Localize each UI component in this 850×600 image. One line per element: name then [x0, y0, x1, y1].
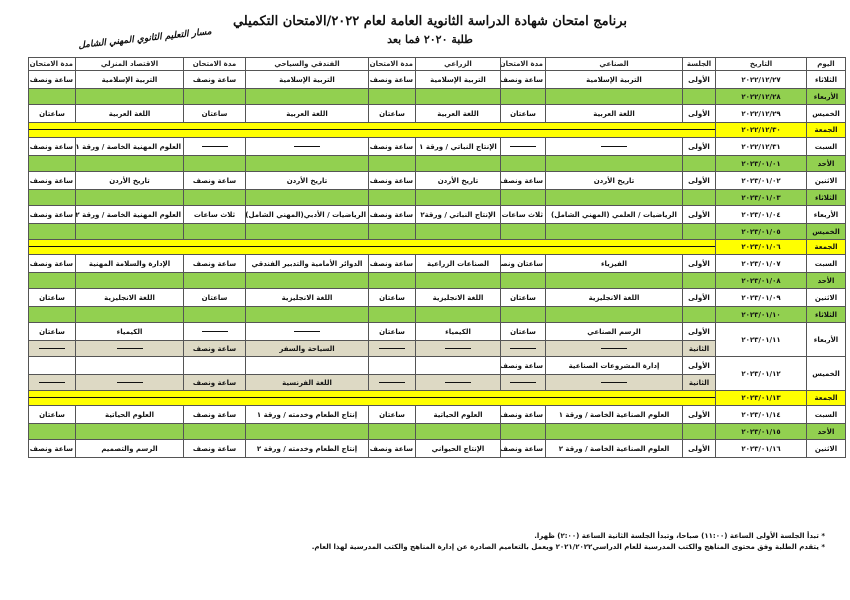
table-row: الجمعة٢٠٢٣/٠١/١٣ — [29, 391, 846, 406]
date-cell: ٢٠٢٢/١٢/٢٨ — [716, 89, 807, 105]
session-cell: الأولى — [683, 71, 716, 89]
table-row: الأربعاء٢٠٢٢/١٢/٢٨ — [29, 89, 846, 105]
d1-cell: ساعتان — [501, 289, 546, 307]
agricultural-cell: الإنتاج الحيواني — [416, 440, 501, 458]
d1-cell: ساعة ونصف — [501, 440, 546, 458]
empty-cell — [184, 89, 246, 105]
d1-cell — [501, 341, 546, 357]
day-cell: السبت — [807, 406, 846, 424]
empty-cell — [184, 307, 246, 323]
d4-cell — [29, 341, 76, 357]
date-cell: ٢٠٢٣/٠١/٠٨ — [716, 273, 807, 289]
table-row: الأحد٢٠٢٣/٠١/١٥ — [29, 424, 846, 440]
hotel-cell: اللغة الفرنسية — [246, 375, 369, 391]
empty-cell — [546, 307, 683, 323]
industrial-cell — [546, 375, 683, 391]
empty-cell — [369, 424, 416, 440]
session-cell: الأولى — [683, 289, 716, 307]
table-row: الأحد٢٠٢٣/٠١/٠١ — [29, 156, 846, 172]
d4-cell — [29, 375, 76, 391]
table-row: الجمعة٢٠٢٢/١٢/٣٠ — [29, 123, 846, 138]
d3-cell — [184, 138, 246, 156]
day-cell: الثلاثاء — [807, 307, 846, 323]
d4-cell: ساعة ونصف — [29, 71, 76, 89]
col-duration-4: مدة الامتحان — [29, 58, 76, 71]
day-cell: الجمعة — [807, 391, 846, 406]
empty-cell — [29, 424, 76, 440]
agricultural-cell — [416, 357, 501, 375]
empty-cell — [246, 424, 369, 440]
home_econ-cell: اللغة العربية — [76, 105, 184, 123]
hotel-cell: التربية الإسلامية — [246, 71, 369, 89]
schedule-body: الثلاثاء٢٠٢٢/١٢/٢٧الأولىالتربية الإسلامي… — [29, 71, 846, 458]
date-cell: ٢٠٢٢/١٢/٣٠ — [716, 123, 807, 138]
industrial-cell: اللغة العربية — [546, 105, 683, 123]
date-cell: ٢٠٢٢/١٢/٢٩ — [716, 105, 807, 123]
agricultural-cell — [416, 375, 501, 391]
industrial-cell: الفيزياء — [546, 255, 683, 273]
d1-cell: ساعة ونصف — [501, 406, 546, 424]
d4-cell: ساعتان — [29, 406, 76, 424]
table-row: الأربعاء٢٠٢٣/٠١/١١الأولىالرسم الصناعيساع… — [29, 323, 846, 341]
agricultural-cell: الكيمياء — [416, 323, 501, 341]
hotel-cell — [246, 357, 369, 375]
empty-cell — [501, 89, 546, 105]
session-cell: الأولى — [683, 406, 716, 424]
empty-cell — [246, 190, 369, 206]
col-session: الجلسة — [683, 58, 716, 71]
empty-cell — [683, 307, 716, 323]
date-cell: ٢٠٢٣/٠١/٠٥ — [716, 224, 807, 240]
strike-line — [29, 129, 715, 130]
empty-cell — [246, 89, 369, 105]
empty-cell — [76, 156, 184, 172]
empty-cell — [29, 224, 76, 240]
empty-cell — [416, 224, 501, 240]
empty-cell — [416, 156, 501, 172]
table-row: السبت٢٠٢٣/٠١/٠٧الأولىالفيزياءساعتان ونصف… — [29, 255, 846, 273]
day-cell: الجمعة — [807, 240, 846, 255]
session-cell: الثانية — [683, 375, 716, 391]
home_econ-cell: التربية الإسلامية — [76, 71, 184, 89]
d4-cell: ساعتان — [29, 323, 76, 341]
home_econ-cell: العلوم المهنية الخاصة / ورقة ١ — [76, 138, 184, 156]
d3-cell: ساعتان — [184, 289, 246, 307]
d2-cell: ساعتان — [369, 406, 416, 424]
empty-cell — [501, 307, 546, 323]
industrial-cell — [546, 341, 683, 357]
empty-cell — [416, 424, 501, 440]
dash-placeholder — [379, 348, 405, 349]
empty-cell — [546, 273, 683, 289]
col-duration-2: مدة الامتحان — [369, 58, 416, 71]
table-row: السبت٢٠٢٢/١٢/٣١الأولىالإنتاج النباتي / و… — [29, 138, 846, 156]
dash-placeholder — [601, 146, 627, 147]
home_econ-cell: العلوم الحياتية — [76, 406, 184, 424]
date-cell: ٢٠٢٣/٠١/١٢ — [716, 357, 807, 391]
strike-line — [29, 397, 715, 398]
session-cell: الأولى — [683, 357, 716, 375]
d2-cell — [369, 375, 416, 391]
table-row: الخميس٢٠٢٣/٠١/١٢الأولىإدارة المشروعات ال… — [29, 357, 846, 375]
date-cell: ٢٠٢٣/٠١/٠٦ — [716, 240, 807, 255]
dash-placeholder — [379, 382, 405, 383]
hotel-cell: اللغة الانجليزية — [246, 289, 369, 307]
empty-cell — [29, 307, 76, 323]
d2-cell: ساعة ونصف — [369, 172, 416, 190]
d1-cell: ساعتان — [501, 323, 546, 341]
empty-cell — [76, 224, 184, 240]
empty-cell — [369, 273, 416, 289]
agricultural-cell — [416, 341, 501, 357]
date-cell: ٢٠٢٣/٠١/١١ — [716, 323, 807, 357]
empty-cell — [369, 156, 416, 172]
empty-cell — [29, 273, 76, 289]
home_econ-cell: اللغة الانجليزية — [76, 289, 184, 307]
day-cell: الاثنين — [807, 289, 846, 307]
d2-cell: ساعتان — [369, 289, 416, 307]
table-row: الثلاثاء٢٠٢٢/١٢/٢٧الأولىالتربية الإسلامي… — [29, 71, 846, 89]
table-row: الاثنين٢٠٢٣/٠١/٠٩الأولىاللغة الانجليزيةس… — [29, 289, 846, 307]
d3-cell: ساعتان — [184, 105, 246, 123]
agricultural-cell: تاريخ الأردن — [416, 172, 501, 190]
empty-cell — [76, 89, 184, 105]
d4-cell: ساعتان — [29, 289, 76, 307]
table-row: الجمعة٢٠٢٣/٠١/٠٦ — [29, 240, 846, 255]
d4-cell: ساعة ونصف — [29, 440, 76, 458]
d2-cell: ساعة ونصف — [369, 138, 416, 156]
agricultural-cell: الإنتاج النباتي / ورقة ١ — [416, 138, 501, 156]
empty-cell — [246, 224, 369, 240]
home_econ-cell: الرسم والتصميم — [76, 440, 184, 458]
dash-placeholder — [510, 348, 536, 349]
table-row: السبت٢٠٢٣/٠١/١٤الأولىالعلوم الصناعية الخ… — [29, 406, 846, 424]
d3-cell: ثلاث ساعات — [184, 206, 246, 224]
hotel-cell — [246, 323, 369, 341]
empty-cell — [184, 224, 246, 240]
industrial-cell: الرسم الصناعي — [546, 323, 683, 341]
agricultural-cell: الصناعات الزراعية — [416, 255, 501, 273]
table-row: الاثنين٢٠٢٣/٠١/٠٢الأولىتاريخ الأردنساعة … — [29, 172, 846, 190]
session-cell: الأولى — [683, 138, 716, 156]
dash-placeholder — [294, 146, 320, 147]
dash-placeholder — [601, 382, 627, 383]
d1-cell: ساعة ونصف — [501, 357, 546, 375]
agricultural-cell: التربية الإسلامية — [416, 71, 501, 89]
d4-cell: ساعة ونصف — [29, 138, 76, 156]
industrial-cell: اللغة الانجليزية — [546, 289, 683, 307]
session-cell: الأولى — [683, 172, 716, 190]
day-cell: الخميس — [807, 357, 846, 391]
d2-cell: ساعة ونصف — [369, 440, 416, 458]
d2-cell: ساعتان — [369, 323, 416, 341]
empty-cell — [546, 190, 683, 206]
d3-cell: ساعة ونصف — [184, 341, 246, 357]
empty-cell — [184, 190, 246, 206]
notes: * تبدأ الجلسة الأولى الساعة (١١:٠٠) صباح… — [260, 531, 825, 553]
day-cell: الأحد — [807, 273, 846, 289]
table-row: الأربعاء٢٠٢٣/٠١/٠٤الأولىالرياضيات / العل… — [29, 206, 846, 224]
industrial-cell — [546, 138, 683, 156]
empty-cell — [683, 224, 716, 240]
industrial-cell: العلوم الصناعية الخاصة / ورقة ٢ — [546, 440, 683, 458]
d3-cell: ساعة ونصف — [184, 255, 246, 273]
empty-cell — [416, 307, 501, 323]
empty-cell — [683, 156, 716, 172]
empty-cell — [29, 89, 76, 105]
date-cell: ٢٠٢٣/٠١/١٣ — [716, 391, 807, 406]
dash-placeholder — [510, 146, 536, 147]
agricultural-cell: اللغة الانجليزية — [416, 289, 501, 307]
empty-cell — [369, 89, 416, 105]
table-row: الاثنين٢٠٢٣/٠١/١٦الأولىالعلوم الصناعية ا… — [29, 440, 846, 458]
day-cell: السبت — [807, 138, 846, 156]
date-cell: ٢٠٢٣/٠١/١٠ — [716, 307, 807, 323]
date-cell: ٢٠٢٣/٠١/٠٤ — [716, 206, 807, 224]
home_econ-cell: الإدارة والسلامة المهنية — [76, 255, 184, 273]
col-date: التاريخ — [716, 58, 807, 71]
empty-cell — [683, 424, 716, 440]
day-cell: الاثنين — [807, 440, 846, 458]
empty-cell — [246, 273, 369, 289]
industrial-cell: الرياضيات / العلمي (المهني الشامل) — [546, 206, 683, 224]
session-cell: الأولى — [683, 323, 716, 341]
holiday-strike — [29, 240, 716, 255]
day-cell: الثلاثاء — [807, 71, 846, 89]
session-cell: الأولى — [683, 440, 716, 458]
hotel-cell: السياحة والسفر — [246, 341, 369, 357]
col-duration-1: مدة الامتحان — [501, 58, 546, 71]
home_econ-cell: العلوم المهنية الخاصة / ورقة ٢ — [76, 206, 184, 224]
note-2: * يتقدم الطلبة وفق محتوى المناهج والكتب … — [260, 542, 825, 553]
day-cell: الأحد — [807, 424, 846, 440]
date-cell: ٢٠٢٢/١٢/٢٧ — [716, 71, 807, 89]
industrial-cell: تاريخ الأردن — [546, 172, 683, 190]
d1-cell: ثلاث ساعات — [501, 206, 546, 224]
empty-cell — [76, 424, 184, 440]
table-row: الثلاثاء٢٠٢٣/٠١/١٠ — [29, 307, 846, 323]
industrial-cell: العلوم الصناعية الخاصة / ورقة ١ — [546, 406, 683, 424]
table-row: الأحد٢٠٢٣/٠١/٠٨ — [29, 273, 846, 289]
dash-placeholder — [445, 348, 471, 349]
empty-cell — [501, 190, 546, 206]
d4-cell — [29, 357, 76, 375]
date-cell: ٢٠٢٣/٠١/٠٢ — [716, 172, 807, 190]
d2-cell: ساعتان — [369, 105, 416, 123]
table-row: الخميس٢٠٢٢/١٢/٢٩الأولىاللغة العربيةساعتا… — [29, 105, 846, 123]
empty-cell — [546, 156, 683, 172]
date-cell: ٢٠٢٣/٠١/١٤ — [716, 406, 807, 424]
hotel-cell: اللغة العربية — [246, 105, 369, 123]
session-cell: الأولى — [683, 105, 716, 123]
col-home-econ: الاقتصاد المنزلي — [76, 58, 184, 71]
empty-cell — [501, 224, 546, 240]
agricultural-cell: الإنتاج النباتي / ورقة٢ — [416, 206, 501, 224]
date-cell: ٢٠٢٢/١٢/٣١ — [716, 138, 807, 156]
d3-cell: ساعة ونصف — [184, 406, 246, 424]
col-agricultural: الزراعي — [416, 58, 501, 71]
date-cell: ٢٠٢٣/٠١/٠٩ — [716, 289, 807, 307]
d4-cell: ساعة ونصف — [29, 172, 76, 190]
d1-cell: ساعتان — [501, 105, 546, 123]
dash-placeholder — [117, 382, 143, 383]
home_econ-cell — [76, 357, 184, 375]
dash-placeholder — [445, 382, 471, 383]
empty-cell — [29, 156, 76, 172]
hotel-cell — [246, 138, 369, 156]
empty-cell — [683, 273, 716, 289]
dash-placeholder — [117, 348, 143, 349]
d1-cell: ساعة ونصف — [501, 71, 546, 89]
empty-cell — [546, 89, 683, 105]
empty-cell — [76, 273, 184, 289]
empty-cell — [184, 273, 246, 289]
hotel-cell: الرياضيات / الأدبي(المهني الشامل) — [246, 206, 369, 224]
d1-cell: ساعة ونصف — [501, 172, 546, 190]
hotel-cell: إنتاج الطعام وخدمته / ورقة ١ — [246, 406, 369, 424]
empty-cell — [416, 273, 501, 289]
empty-cell — [29, 190, 76, 206]
empty-cell — [369, 224, 416, 240]
empty-cell — [501, 424, 546, 440]
d3-cell — [184, 323, 246, 341]
empty-cell — [683, 190, 716, 206]
hotel-cell: إنتاج الطعام وخدمته / ورقة ٢ — [246, 440, 369, 458]
d2-cell: ساعة ونصف — [369, 255, 416, 273]
dash-placeholder — [202, 146, 228, 147]
d3-cell: ساعة ونصف — [184, 172, 246, 190]
d3-cell: ساعة ونصف — [184, 375, 246, 391]
session-cell: الأولى — [683, 206, 716, 224]
page-title: برنامج امتحان شهادة الدراسة الثانوية الع… — [130, 14, 730, 29]
empty-cell — [184, 156, 246, 172]
session-cell: الأولى — [683, 255, 716, 273]
day-cell: الأحد — [807, 156, 846, 172]
empty-cell — [416, 190, 501, 206]
empty-cell — [546, 224, 683, 240]
col-industrial: الصناعي — [546, 58, 683, 71]
home_econ-cell — [76, 341, 184, 357]
empty-cell — [246, 307, 369, 323]
d3-cell: ساعة ونصف — [184, 440, 246, 458]
date-cell: ٢٠٢٣/٠١/١٥ — [716, 424, 807, 440]
hotel-cell: الدوائر الأمامية والتدبير الفندقي — [246, 255, 369, 273]
dash-placeholder — [202, 331, 228, 332]
day-cell: الثلاثاء — [807, 190, 846, 206]
d4-cell: ساعتان — [29, 105, 76, 123]
table-row: الثلاثاء٢٠٢٣/٠١/٠٣ — [29, 190, 846, 206]
date-cell: ٢٠٢٣/٠١/٠٧ — [716, 255, 807, 273]
hotel-cell: تاريخ الأردن — [246, 172, 369, 190]
empty-cell — [76, 190, 184, 206]
day-cell: الخميس — [807, 224, 846, 240]
day-cell: الاثنين — [807, 172, 846, 190]
empty-cell — [416, 89, 501, 105]
home_econ-cell: الكيمياء — [76, 323, 184, 341]
empty-cell — [246, 156, 369, 172]
dash-placeholder — [601, 348, 627, 349]
date-cell: ٢٠٢٣/٠١/١٦ — [716, 440, 807, 458]
d1-cell — [501, 138, 546, 156]
note-1: * تبدأ الجلسة الأولى الساعة (١١:٠٠) صباح… — [260, 531, 825, 542]
dash-placeholder — [39, 382, 65, 383]
dash-placeholder — [510, 382, 536, 383]
day-cell: السبت — [807, 255, 846, 273]
d4-cell: ساعة ونصف — [29, 206, 76, 224]
col-duration-3: مدة الامتحان — [184, 58, 246, 71]
strike-line — [29, 246, 715, 247]
empty-cell — [369, 307, 416, 323]
date-cell: ٢٠٢٣/٠١/٠٣ — [716, 190, 807, 206]
day-cell: الخميس — [807, 105, 846, 123]
agricultural-cell: العلوم الحياتية — [416, 406, 501, 424]
holiday-strike — [29, 123, 716, 138]
agricultural-cell: اللغة العربية — [416, 105, 501, 123]
empty-cell — [546, 424, 683, 440]
col-hotel: الفندقي والسياحي — [246, 58, 369, 71]
empty-cell — [501, 156, 546, 172]
industrial-cell: إدارة المشروعات الصناعية — [546, 357, 683, 375]
day-cell: الأربعاء — [807, 323, 846, 357]
header-row: اليوم التاريخ الجلسة الصناعي مدة الامتحا… — [29, 58, 846, 71]
session-cell: الثانية — [683, 341, 716, 357]
day-cell: الأربعاء — [807, 206, 846, 224]
col-day: اليوم — [807, 58, 846, 71]
d2-cell — [369, 357, 416, 375]
dash-placeholder — [294, 331, 320, 332]
table-row: الخميس٢٠٢٣/٠١/٠٥ — [29, 224, 846, 240]
empty-cell — [501, 273, 546, 289]
d2-cell: ساعة ونصف — [369, 206, 416, 224]
d2-cell: ساعة ونصف — [369, 71, 416, 89]
exam-schedule-table: اليوم التاريخ الجلسة الصناعي مدة الامتحا… — [28, 57, 846, 458]
date-cell: ٢٠٢٣/٠١/٠١ — [716, 156, 807, 172]
industrial-cell: التربية الإسلامية — [546, 71, 683, 89]
d3-cell: ساعة ونصف — [184, 71, 246, 89]
d1-cell — [501, 375, 546, 391]
empty-cell — [184, 424, 246, 440]
day-cell: الأربعاء — [807, 89, 846, 105]
day-cell: الجمعة — [807, 123, 846, 138]
d2-cell — [369, 341, 416, 357]
empty-cell — [683, 89, 716, 105]
empty-cell — [76, 307, 184, 323]
d3-cell — [184, 357, 246, 375]
empty-cell — [369, 190, 416, 206]
holiday-strike — [29, 391, 716, 406]
home_econ-cell: تاريخ الأردن — [76, 172, 184, 190]
home_econ-cell — [76, 375, 184, 391]
d4-cell: ساعة ونصف — [29, 255, 76, 273]
d1-cell: ساعتان ونصف — [501, 255, 546, 273]
dash-placeholder — [39, 348, 65, 349]
